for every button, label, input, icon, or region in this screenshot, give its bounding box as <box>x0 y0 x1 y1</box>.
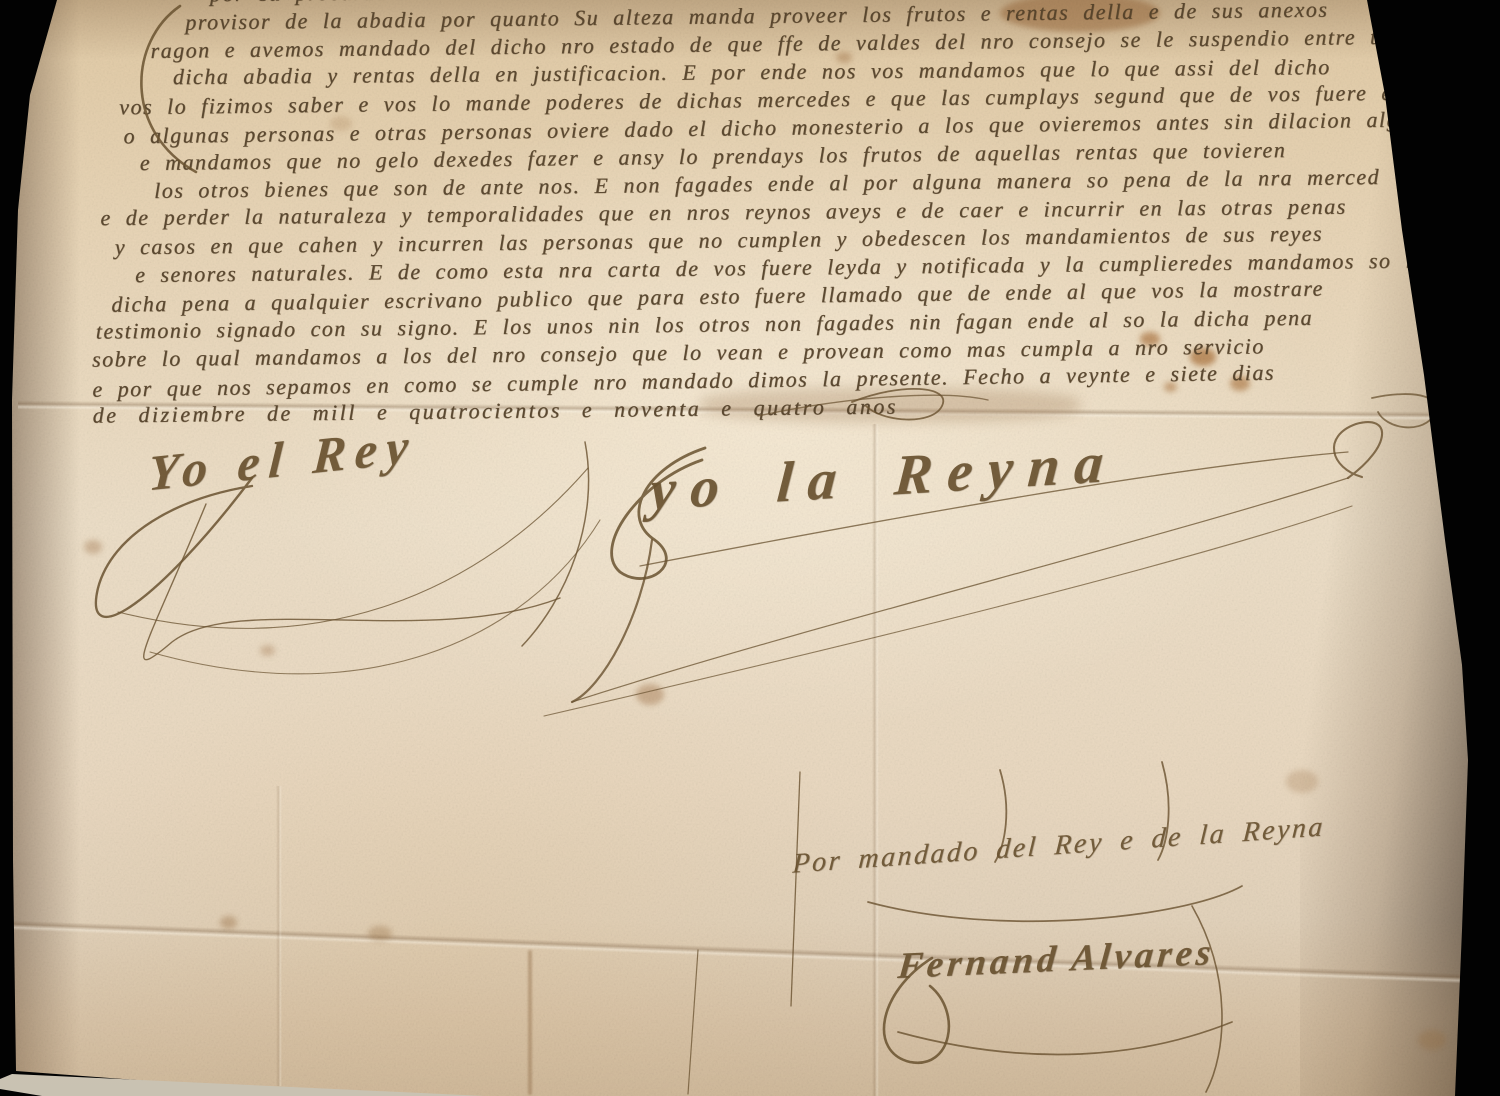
parchment-sheet: por su procurador en su nombre ante los … <box>0 0 1500 1096</box>
photograph-of-manuscript: por su procurador en su nombre ante los … <box>0 0 1500 1096</box>
paper-grain-texture <box>0 0 1500 1096</box>
